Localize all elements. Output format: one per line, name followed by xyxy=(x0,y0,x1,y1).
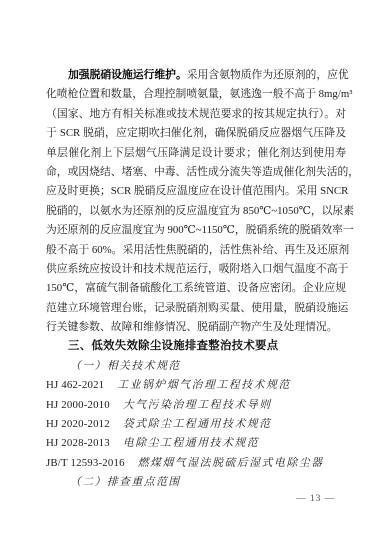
section-heading: 三、低效失效除尘设施排查整治技术要点 xyxy=(46,337,346,356)
paragraph-line: 为还原剂的反应温度宜为 900℃~1150℃，脱硝系统的脱硝效率一 xyxy=(46,221,346,240)
paragraph-line: 化喷枪位置和数量，合理控制喷氨量，氨逃逸一般不高于 8mg/m³ xyxy=(46,85,346,104)
standard-code: JB/T 12593-2016 xyxy=(46,457,125,469)
standard-title: 燃煤烟气湿法脱硫后湿式电除尘器 xyxy=(138,457,324,469)
standard-row: JB/T 12593-2016燃煤烟气湿法脱硫后湿式电除尘器 xyxy=(46,454,346,473)
paragraph-lead-bold: 加强脱硝设施运行维护。 xyxy=(68,69,187,81)
standard-code: HJ 2000-2010 xyxy=(46,399,110,411)
standard-code: HJ 2028-2013 xyxy=(46,437,110,449)
paragraph-line: （国家、地方有相关标准或技术规范要求的按其规定执行）。对 xyxy=(46,105,346,124)
subsection-heading-2: （二）排查重点范围 xyxy=(46,473,346,492)
paragraph-line: 应及时更换；SCR 脱硝反应温度应在设计值范围内。采用 SNCR xyxy=(46,182,346,201)
standard-title: 大气污染治理工程技术导则 xyxy=(123,399,272,411)
paragraph-line: 单层催化剂上下层烟气压降满足设计要求；催化剂达到使用寿 xyxy=(46,144,346,163)
page-number: — 13 — xyxy=(296,494,335,504)
standard-code: HJ 462-2021 xyxy=(46,379,104,391)
standard-code: HJ 2020-2012 xyxy=(46,418,110,430)
standard-row: HJ 2000-2010大气污染治理工程技术导则 xyxy=(46,396,346,415)
paragraph-line: 命，或因烧结、堵塞、中毒、活性成分流失等造成催化剂失活的， xyxy=(46,163,346,182)
document-page: 加强脱硝设施运行维护。采用含氨物质作为还原剂的，应优 化喷枪位置和数量，合理控制… xyxy=(0,0,390,551)
standard-title: 工业锅炉烟气治理工程技术规范 xyxy=(117,379,291,391)
paragraph-line: 供应系统应按设计和技术规范运行，吸附塔入口烟气温度不高于 xyxy=(46,260,346,279)
paragraph-line: 行关键参数、故障和维修情况、脱硝副产物产生及处理情况。 xyxy=(46,318,346,337)
paragraph-line-text: 采用含氨物质作为还原剂的，应优 xyxy=(187,69,349,81)
standard-title: 电除尘工程通用技术规范 xyxy=(123,437,259,449)
standard-row: HJ 2028-2013电除尘工程通用技术规范 xyxy=(46,434,346,453)
standard-row: HJ 2020-2012袋式除尘工程通用技术规范 xyxy=(46,415,346,434)
paragraph-line: 般不高于 60%。采用活性焦脱硝的，活性焦补给、再生及还原剂 xyxy=(46,241,346,260)
paragraph-line: 脱硝的，以氨水为还原剂的反应温度宜为 850℃~1050℃，以尿素 xyxy=(46,202,346,221)
subsection-heading-1: （一）相关技术规范 xyxy=(46,357,346,376)
paragraph-line: 150℃，富硫气制备硫酸化工系统管道、设备应密闭。企业应规 xyxy=(46,279,346,298)
paragraph-line: 加强脱硝设施运行维护。采用含氨物质作为还原剂的，应优 xyxy=(46,66,346,85)
paragraph-line: 于 SCR 脱硝，应定期吹扫催化剂，确保脱硝反应器烟气压降及 xyxy=(46,124,346,143)
text-block: 加强脱硝设施运行维护。采用含氨物质作为还原剂的，应优 化喷枪位置和数量，合理控制… xyxy=(46,66,346,493)
standard-title: 袋式除尘工程通用技术规范 xyxy=(123,418,272,430)
paragraph-line: 范建立环境管理台账，记录脱硝剂购买量、使用量，脱硝设施运 xyxy=(46,299,346,318)
standard-row: HJ 462-2021工业锅炉烟气治理工程技术规范 xyxy=(46,376,346,395)
